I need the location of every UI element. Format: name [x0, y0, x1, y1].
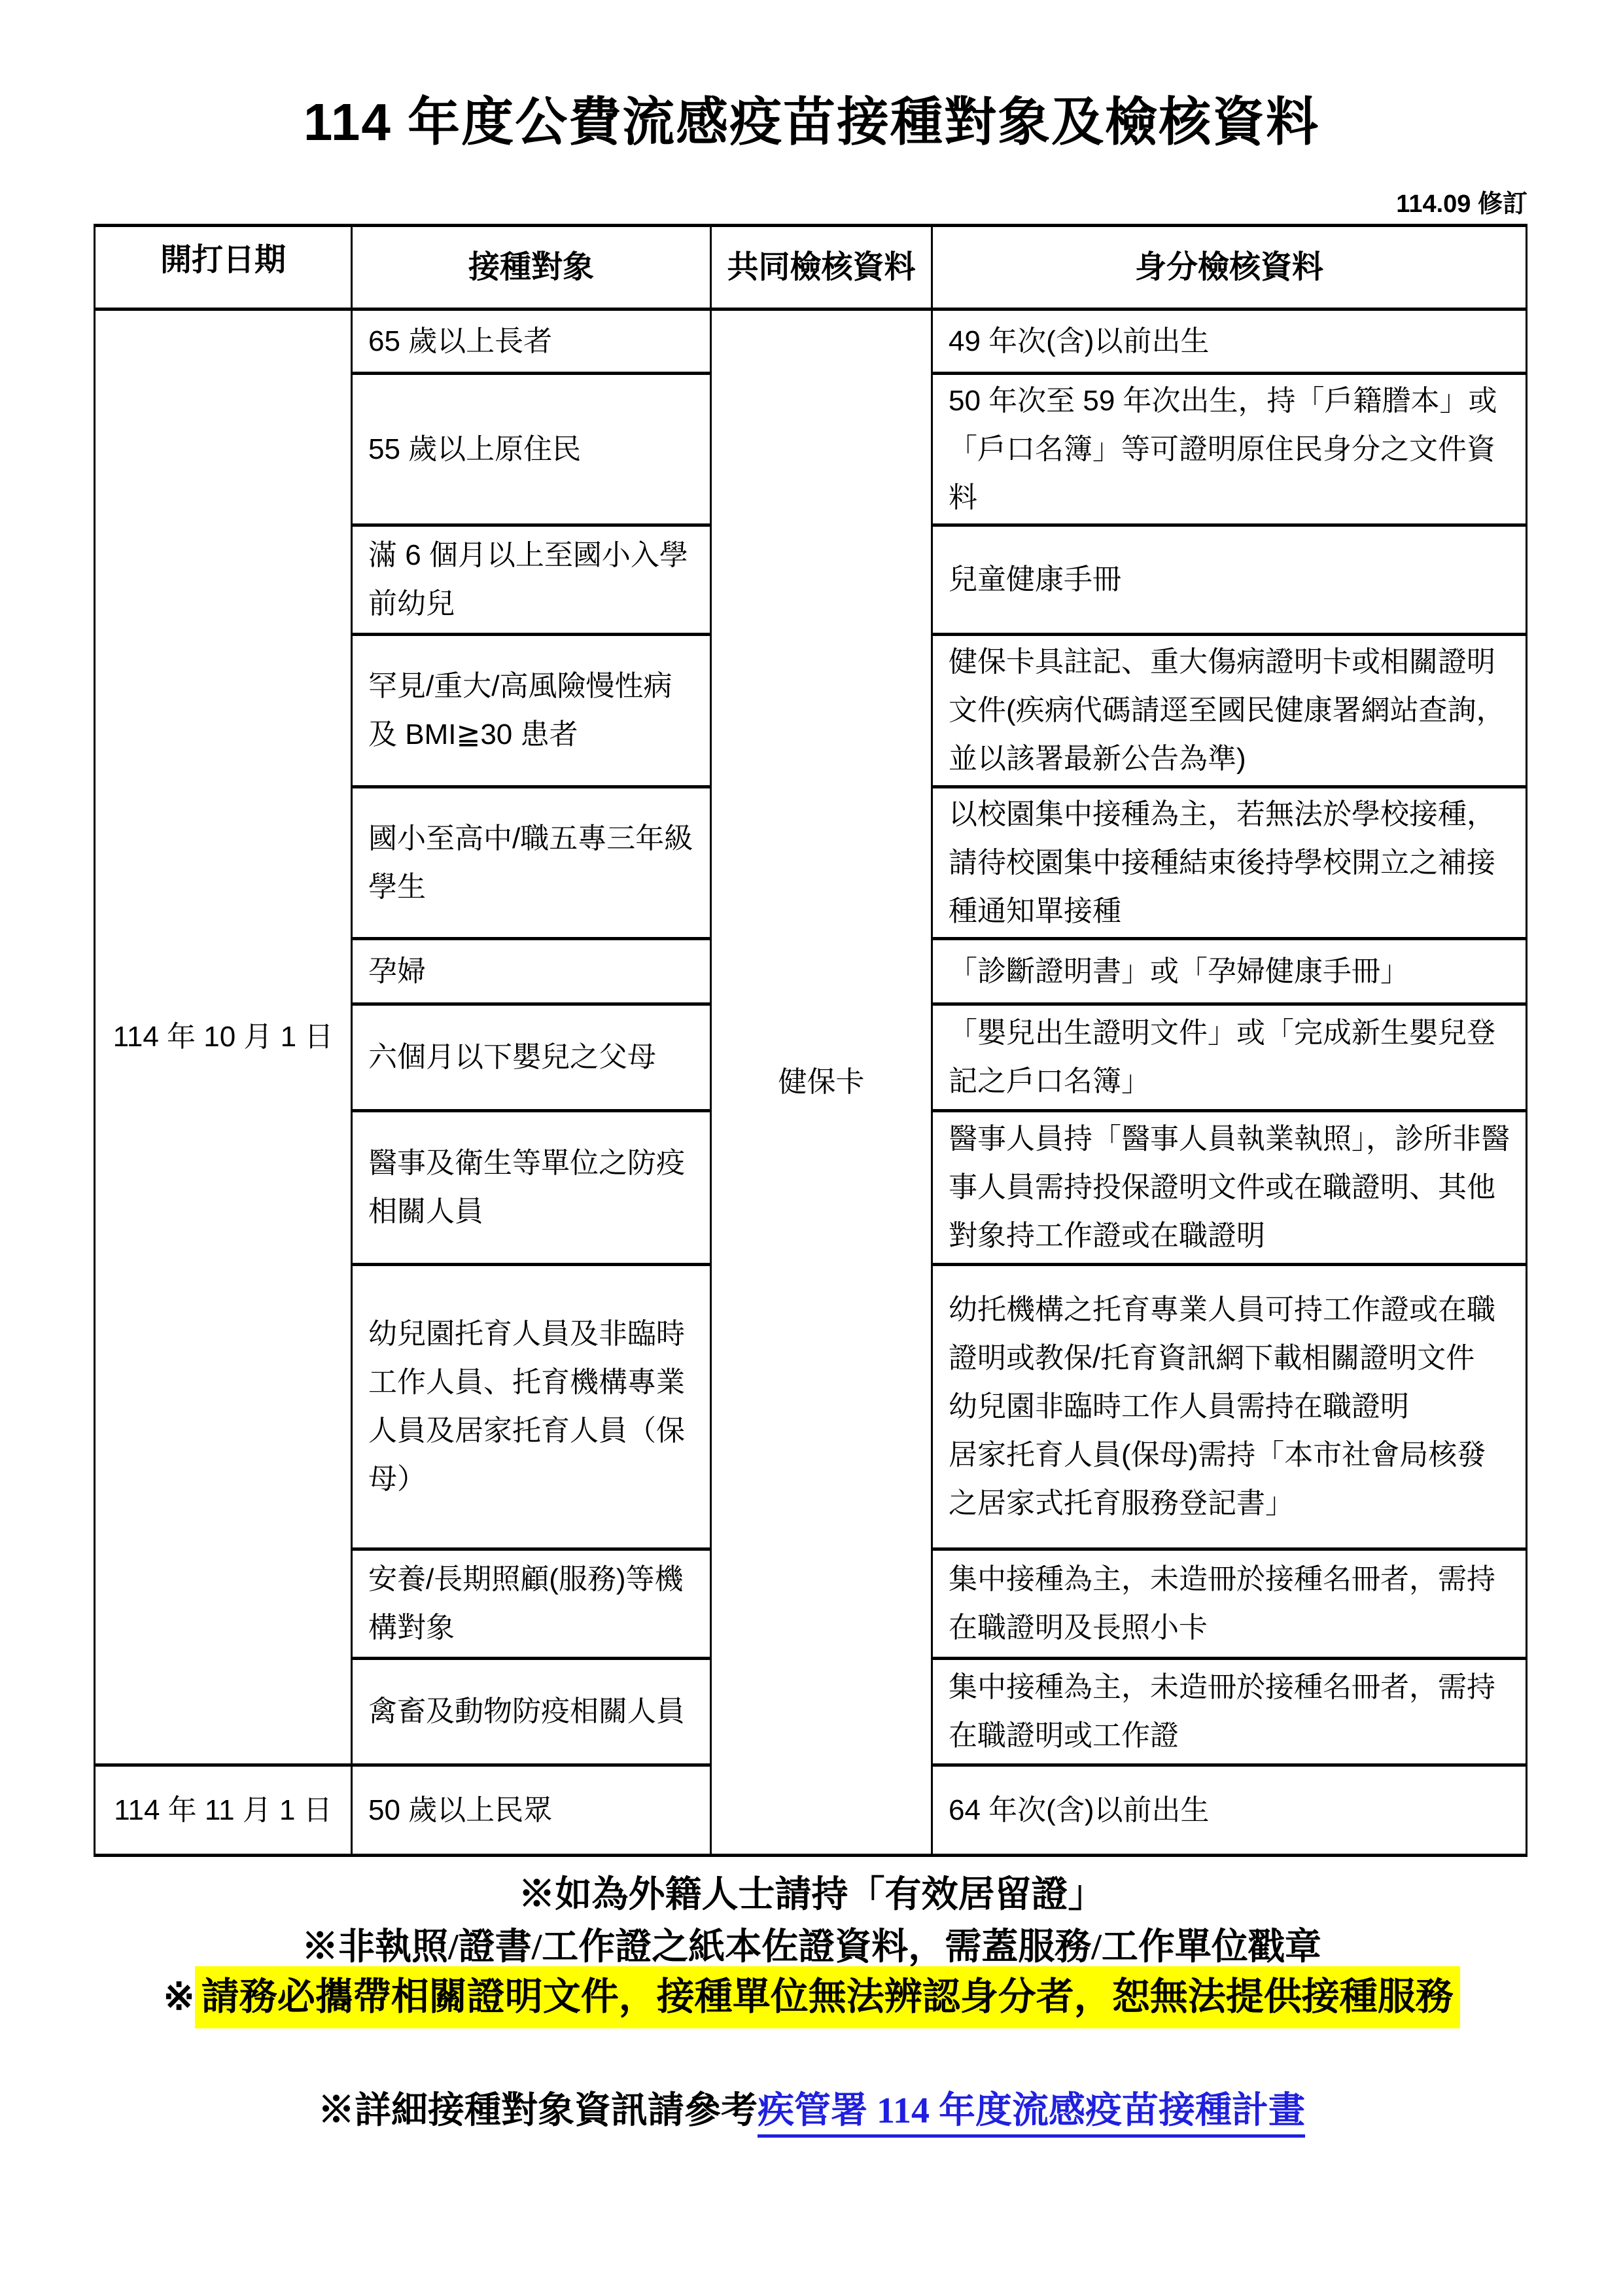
cdc-plan-link[interactable]: 疾管署 114 年度流感疫苗接種計畫 — [758, 2091, 1305, 2138]
target-cell: 孕婦 — [353, 940, 712, 1006]
identity-cell: 兒童健康手冊 — [933, 527, 1527, 636]
identity-cell: 集中接種為主，未造冊於接種名冊者，需持在職證明或工作證 — [933, 1660, 1527, 1767]
identity-cell: 64 年次(含)以前出生 — [933, 1767, 1527, 1857]
date-cell-oct: 114 年 10 月 1 日 — [96, 311, 353, 1767]
footnote-reference: ※詳細接種對象資訊請參考疾管署 114 年度流感疫苗接種計畫 — [0, 2085, 1623, 2137]
identity-cell: 50 年次至 59 年次出生，持「戶籍謄本」或「戶口名簿」等可證明原住民身分之文… — [933, 375, 1527, 527]
identity-cell: 醫事人員持「醫事人員執業執照」，診所非醫事人員需持投保證明文件或在職證明、其他對… — [933, 1112, 1527, 1266]
revision-note: 114.09 修訂 — [94, 183, 1527, 219]
identity-cell: 「嬰兒出生證明文件」或「完成新生嬰兒登記之戶口名簿」 — [933, 1006, 1527, 1112]
common-cell-health-card: 健保卡 — [712, 311, 933, 1857]
header-cell-identity: 身分檢核資料 — [933, 227, 1527, 311]
footnote-warning: ※請務必攜帶相關證明文件，接種單位無法辨認身分者，恕無法提供接種服務 — [0, 1971, 1623, 2023]
date-cell-nov: 114 年 11 月 1 日 — [96, 1767, 353, 1857]
header-cell-target: 接種對象 — [353, 227, 712, 311]
target-cell: 醫事及衛生等單位之防疫相關人員 — [353, 1112, 712, 1266]
vaccine-table: 開打日期 接種對象 共同檢核資料 身分檢核資料 114 年 10 月 1 日 健… — [94, 224, 1527, 1857]
document-page: 114 年度公費流感疫苗接種對象及檢核資料 114.09 修訂 開打日期 接種對… — [0, 0, 1623, 2296]
identity-cell: 49 年次(含)以前出生 — [933, 311, 1527, 375]
header-cell-common: 共同檢核資料 — [712, 227, 933, 311]
identity-cell: 集中接種為主，未造冊於接種名冊者，需持在職證明及長照小卡 — [933, 1551, 1527, 1660]
identity-cell: 健保卡具註記、重大傷病證明卡或相關證明文件(疾病代碼請逕至國民健康署網站查詢，並… — [933, 636, 1527, 788]
footnote-stamp: ※非執照/證書/工作證之紙本佐證資料，需蓋服務/工作單位戳章 — [0, 1921, 1623, 1973]
target-cell: 50 歲以上民眾 — [353, 1767, 712, 1857]
footnote-reference-prefix: ※詳細接種對象資訊請參考 — [318, 2091, 758, 2131]
identity-cell: 「診斷證明書」或「孕婦健康手冊」 — [933, 940, 1527, 1006]
footnote-warning-marker: ※ — [163, 1975, 195, 2018]
page-title: 114 年度公費流感疫苗接種對象及檢核資料 — [0, 80, 1623, 155]
target-cell: 六個月以下嬰兒之父母 — [353, 1006, 712, 1112]
identity-cell: 幼托機構之托育專業人員可持工作證或在職證明或教保/托育資訊網下載相關證明文件 幼… — [933, 1266, 1527, 1551]
target-cell: 國小至高中/職五專三年級學生 — [353, 788, 712, 940]
target-cell: 罕見/重大/高風險慢性病及 BMI≧30 患者 — [353, 636, 712, 788]
target-cell: 安養/長期照顧(服務)等機構對象 — [353, 1551, 712, 1660]
target-cell: 幼兒園托育人員及非臨時工作人員、托育機構專業人員及居家托育人員（保母） — [353, 1266, 712, 1551]
target-cell: 55 歲以上原住民 — [353, 375, 712, 527]
header-cell-date: 開打日期 — [96, 227, 353, 311]
target-cell: 禽畜及動物防疫相關人員 — [353, 1660, 712, 1767]
footnote-foreigner: ※如為外籍人士請持「有效居留證」 — [0, 1869, 1623, 1921]
footnote-warning-highlight: 請務必攜帶相關證明文件，接種單位無法辨認身分者，恕無法提供接種服務 — [195, 1966, 1460, 2028]
target-cell: 65 歲以上長者 — [353, 311, 712, 375]
target-cell: 滿 6 個月以上至國小入學前幼兒 — [353, 527, 712, 636]
identity-cell: 以校園集中接種為主，若無法於學校接種，請待校園集中接種結束後持學校開立之補接種通… — [933, 788, 1527, 940]
